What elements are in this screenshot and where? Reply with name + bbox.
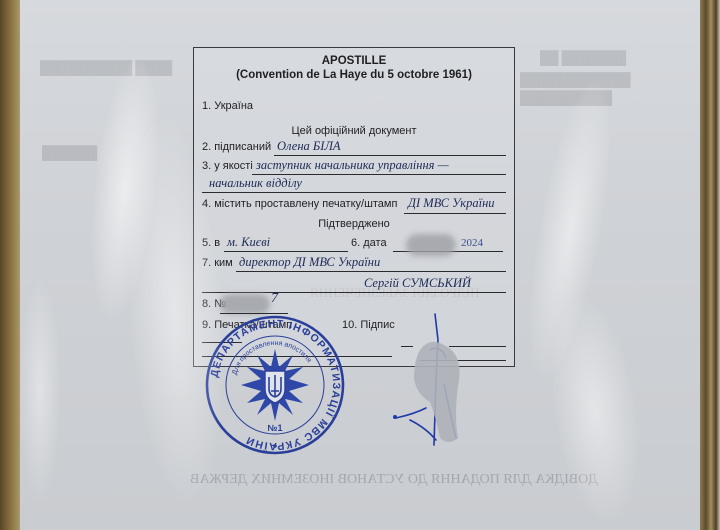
underline	[252, 174, 506, 175]
field-5-label: 5. в	[202, 237, 220, 249]
redaction-date	[406, 234, 456, 256]
field-2-label: 2. підписаний	[202, 141, 271, 153]
underline	[404, 213, 506, 214]
field-6-year: 2024	[461, 237, 483, 249]
intro-text: Цей офіційний документ	[194, 125, 514, 137]
ghost-text: ████████████	[520, 72, 631, 88]
official-stamp: ДЕПАРТАМЕНТ ІНФОРМАТИЗАЦІЇ МВС УКРАЇНИ Д…	[205, 315, 345, 455]
underline	[202, 192, 506, 193]
stamp-number: №1	[267, 423, 282, 433]
field-2-value: Олена БІЛА	[277, 139, 341, 154]
field-8-visible: 7	[271, 291, 278, 307]
field-5-value: м. Києві	[227, 235, 270, 250]
field-7-label: 7. ким	[202, 257, 233, 269]
field-7-value-line1: директор ДІ МВС України	[239, 255, 380, 270]
underline	[236, 271, 506, 272]
field-7-value-line2: Сергій СУМСЬКИЙ	[364, 276, 471, 291]
field-4-label: 4. містить проставлену печатку/штамп	[202, 198, 397, 210]
certified-heading: Підтверджено	[194, 218, 514, 230]
field-1-country: 1. Україна	[202, 100, 253, 112]
underline	[274, 155, 506, 156]
ghost-text: ██████	[42, 145, 97, 161]
ghost-text: ██ ███████	[540, 50, 626, 66]
underline	[224, 251, 348, 252]
signature	[390, 310, 480, 450]
redaction-number	[220, 294, 270, 314]
apostille-subtitle: (Convention de La Haye du 5 octobre 1961…	[194, 69, 514, 81]
field-3-value-line1: заступник начальника управління —	[256, 158, 449, 173]
apostille-title: APOSTILLE	[194, 55, 514, 67]
ghost-text: ██████████ ████	[40, 60, 172, 76]
underline	[220, 313, 288, 314]
field-3-label: 3. у якості	[202, 160, 253, 172]
underline	[202, 292, 506, 293]
field-6-label: 6. дата	[351, 237, 387, 249]
field-3-value-line2: начальник відділу	[209, 176, 302, 191]
ghost-text-bottom: ДОВІДКА ДЛЯ ПОДАННЯ ДО УСТАНОВ ІНОЗЕМНИХ…	[190, 472, 598, 488]
field-4-value: ДІ МВС України	[408, 196, 495, 211]
trident-icon	[265, 371, 285, 403]
field-10-label: 10. Підпис	[342, 319, 395, 331]
wooden-surface-right	[700, 0, 720, 530]
ghost-text: ██████████	[520, 90, 612, 106]
